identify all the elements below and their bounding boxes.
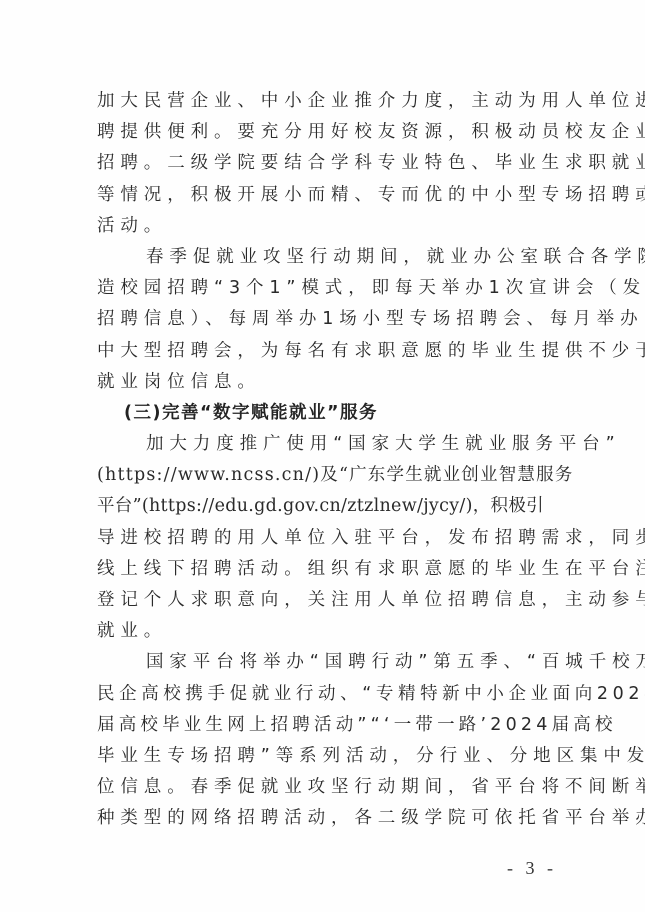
text-line: 造校园招聘“3个1”模式，即每天举办1次宣讲会（发布: [97, 273, 539, 304]
text-line: 民企高校携手促就业行动、“专精特新中小企业面向2024: [97, 679, 539, 710]
text-line: 登记个人求职意向，关注用人单位招聘信息，主动参与求职: [97, 585, 539, 616]
text-line: 届高校毕业生网上招聘活动”“‘一带一路’2024届高校: [97, 710, 539, 741]
body-text: 加大民营企业、中小企业推介力度，主动为用人单位进校招 聘提供便利。要充分用好校友…: [97, 86, 539, 835]
text-line: 就业。: [97, 616, 539, 647]
text-line: 聘提供便利。要充分用好校友资源，积极动员校友企业进校: [97, 117, 539, 148]
text-line: 导进校招聘的用人单位入驻平台，发布招聘需求，同步开展: [97, 523, 539, 554]
text-line: 招聘信息）、每周举办1场小型专场招聘会、每月举办1场: [97, 304, 539, 335]
text-line-with-url: 平台”(https://edu.gd.gov.cn/ztzlnew/jycy/)…: [97, 491, 539, 522]
text-line-with-url: (https://www.ncss.cn/)及“广东学生就业创业智慧服务: [97, 460, 539, 491]
section-heading: (三)完善“数字赋能就业”服务: [97, 398, 539, 429]
text-line: 位信息。春季促就业攻坚行动期间，省平台将不间断举办各: [97, 772, 539, 803]
text-line: 就业岗位信息。: [97, 367, 539, 398]
paragraph-start-line: 加大力度推广使用“国家大学生就业服务平台”: [97, 429, 539, 460]
text-line: 种类型的网络招聘活动，各二级学院可依托省平台举办专场: [97, 803, 539, 834]
text-line: 活动。: [97, 211, 539, 242]
text-line: 招聘。二级学院要结合学科专业特色、毕业生求职就业意愿: [97, 148, 539, 179]
page-number: - 3 -: [507, 858, 557, 879]
faded-header: [200, 0, 440, 12]
text-line: 等情况，积极开展小而精、专而优的中小型专场招聘或宣讲: [97, 180, 539, 211]
text-line: 线上线下招聘活动。组织有求职意愿的毕业生在平台注册，: [97, 554, 539, 585]
paragraph-start-line: 国家平台将举办“国聘行动”第五季、“百城千校万企”: [97, 647, 539, 678]
paragraph-start-line: 春季促就业攻坚行动期间，就业办公室联合各学院要打: [97, 242, 539, 273]
text-line: 加大民营企业、中小企业推介力度，主动为用人单位进校招: [97, 86, 539, 117]
text-line: 中大型招聘会，为每名有求职意愿的毕业生提供不少于5条: [97, 336, 539, 367]
text-line: 毕业生专场招聘”等系列活动，分行业、分地区集中发布岗: [97, 741, 539, 772]
document-page: 加大民营企业、中小企业推介力度，主动为用人单位进校招 聘提供便利。要充分用好校友…: [0, 0, 645, 912]
